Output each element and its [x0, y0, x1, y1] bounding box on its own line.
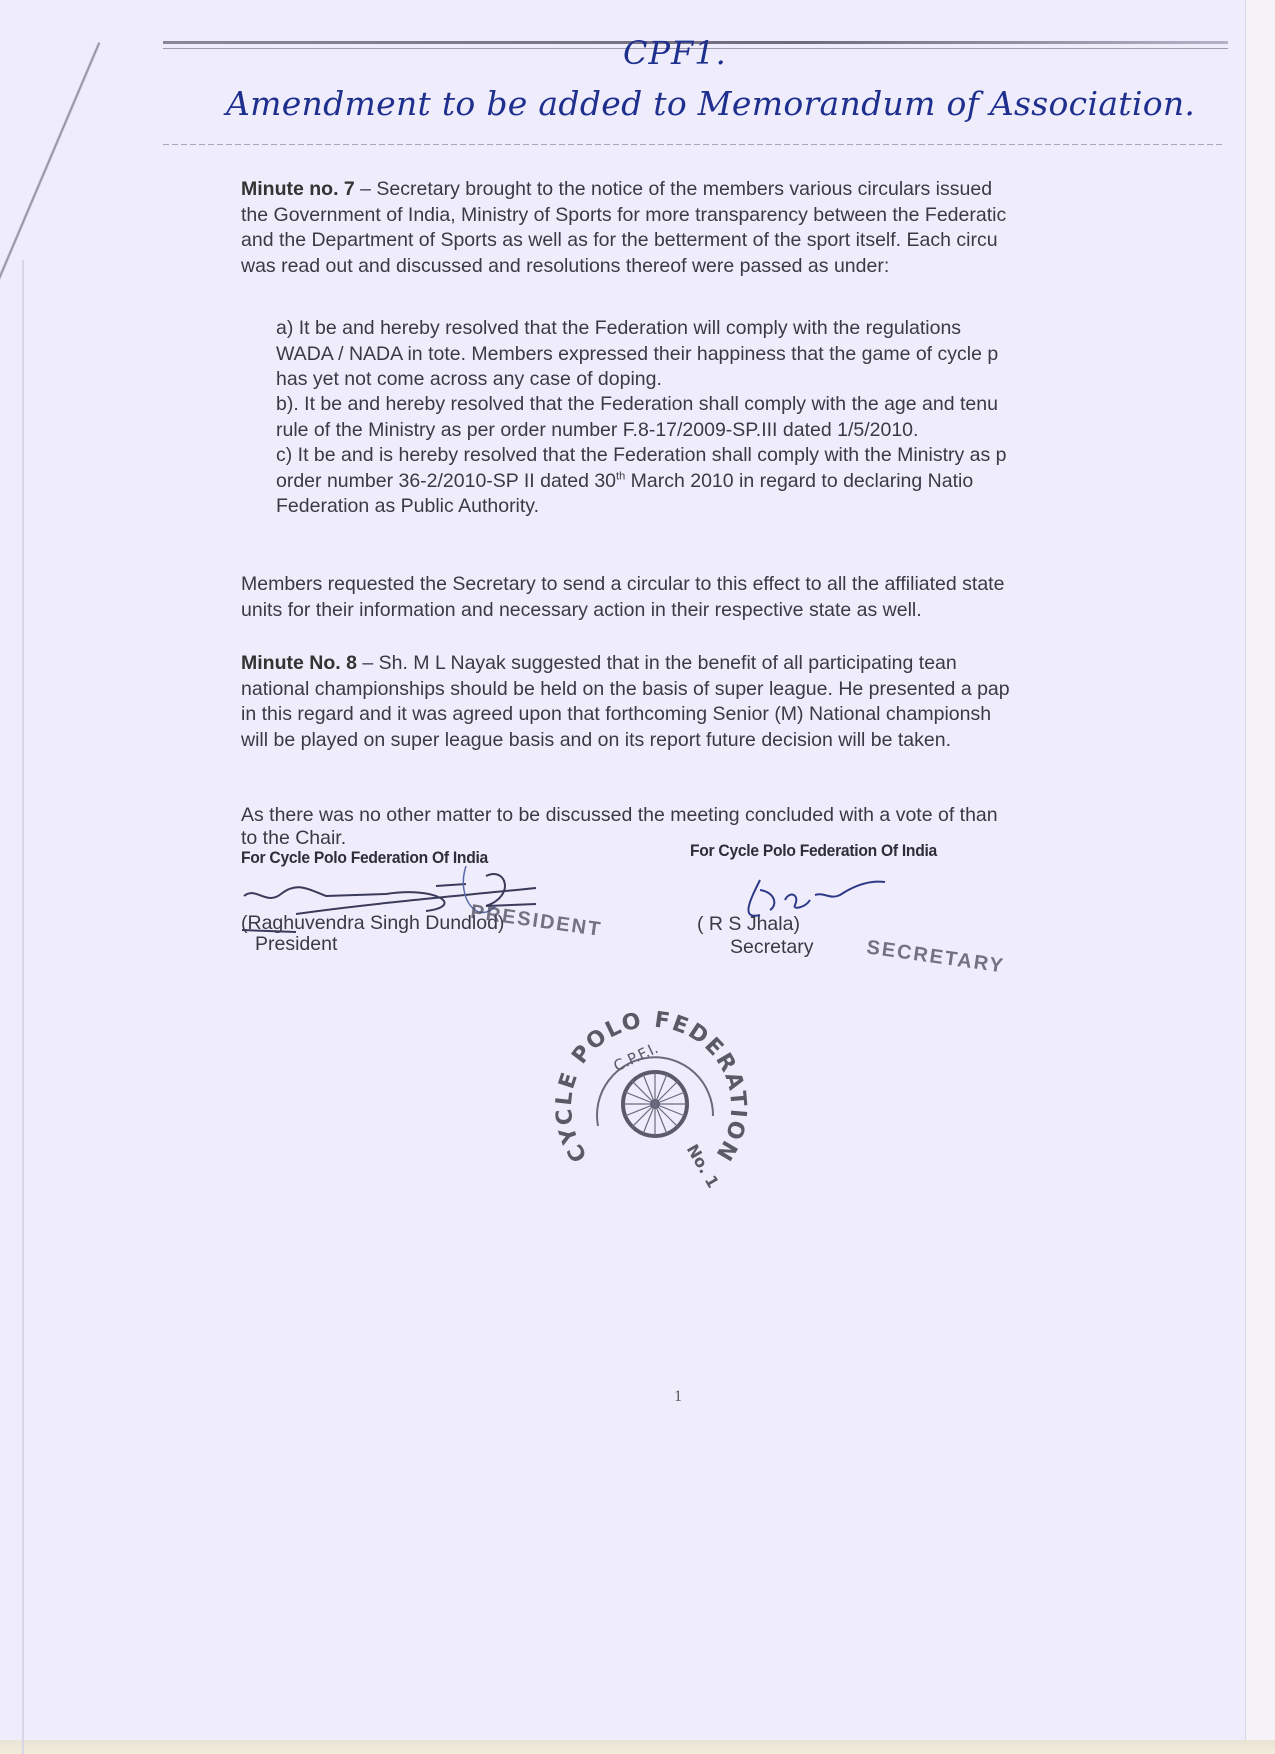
- handwritten-title: Amendment to be added to Memorandum of A…: [226, 84, 1195, 123]
- chakra-wheel-icon: [623, 1072, 687, 1136]
- signatory-org: For Cycle Polo Federation Of India: [241, 848, 488, 868]
- members-request-paragraph: Members requested the Secretary to send …: [241, 572, 1241, 623]
- resolution-b: b). It be and hereby resolved that the F…: [276, 392, 1241, 443]
- header-dashed-rule: [163, 144, 1223, 145]
- secretary-signature: [730, 870, 910, 940]
- federation-seal: CYCLE POLO FEDERATION OF INDIA C.P.F.I. …: [543, 986, 763, 1206]
- seal-outer-text: CYCLE POLO FEDERATION OF INDIA: [543, 986, 751, 1166]
- scan-edge-bottom: [0, 1740, 1275, 1754]
- seal-inner-text: C.P.F.I.: [611, 1039, 661, 1075]
- page-number: 1: [674, 1388, 682, 1406]
- minute-8-label: Minute No. 8: [241, 652, 357, 674]
- page-edge-line: [22, 260, 24, 1754]
- minute-7-line: the Government of India, Ministry of Spo…: [241, 203, 1241, 229]
- minute-7-label: Minute no. 7: [241, 178, 355, 200]
- minute-7-line: was read out and discussed and resolutio…: [241, 254, 1241, 280]
- scan-edge-right: [1245, 0, 1275, 1754]
- svg-text:CYCLE POLO FEDERATION OF INDIA: CYCLE POLO FEDERATION OF INDIA: [543, 986, 751, 1166]
- resolution-a: a) It be and hereby resolved that the Fe…: [276, 316, 1241, 393]
- minute-7-line: and the Department of Sports as well as …: [241, 228, 1241, 254]
- signatory-org: For Cycle Polo Federation Of India: [690, 841, 937, 861]
- minute-7-line: Minute no. 7 – Secretary brought to the …: [241, 177, 1241, 203]
- minute-8-paragraph: Minute No. 8 – Sh. M L Nayak suggested t…: [241, 651, 1241, 753]
- minute-7-paragraph: Minute no. 7 – Secretary brought to the …: [241, 177, 1241, 279]
- resolution-c: c) It be and is hereby resolved that the…: [276, 443, 1241, 520]
- handwritten-reference: CPF1.: [623, 34, 727, 72]
